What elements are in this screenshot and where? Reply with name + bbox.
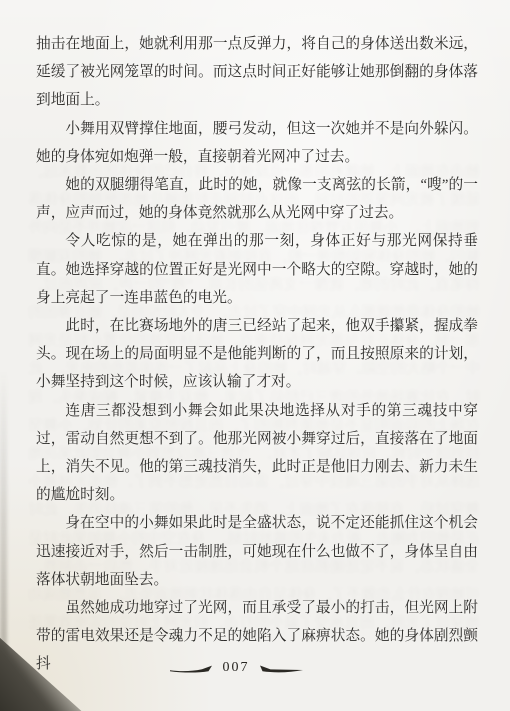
- body-text-column: 抽击在地面上，她就利用那一点反弹力，将自己的身体送出数米远，延缓了被光网笼罩的时…: [36, 30, 478, 679]
- paragraph: 身在空中的小舞如果此时是全盛状态，说不定还能抓住这个机会迅速接近对手，然后一击制…: [36, 509, 478, 594]
- flourish-swoosh-left-icon: [170, 663, 214, 673]
- page-number: 007: [223, 661, 250, 675]
- paragraph: 抽击在地面上，她就利用那一点反弹力，将自己的身体送出数米远，延缓了被光网笼罩的时…: [36, 30, 478, 115]
- flourish-swoosh-right-icon: [259, 663, 303, 673]
- paragraph: 此时，在比赛场地外的唐三已经站了起来，他双手攥紧，握成拳头。现在场上的局面明显不…: [36, 312, 478, 397]
- page-footer: 007: [15, 661, 457, 675]
- paragraph: 令人吃惊的是，她在弹出的那一刻，身体正好与那光网保持垂直。她选择穿越的位置正好是…: [36, 227, 478, 312]
- paragraph: 她的双腿绷得笔直，此时的她，就像一支离弦的长箭，“嗖”的一声，应声而过，她的身体…: [36, 171, 478, 227]
- paragraph: 连唐三都没想到小舞会如此果决地选择从对手的第三魂技中穿过，雷动自然更想不到了。他…: [36, 397, 478, 510]
- paragraph: 小舞用双臂撑住地面，腰弓发动，但这一次她并不是向外躲闪。她的身体宛如炮弹一般，直…: [36, 115, 478, 171]
